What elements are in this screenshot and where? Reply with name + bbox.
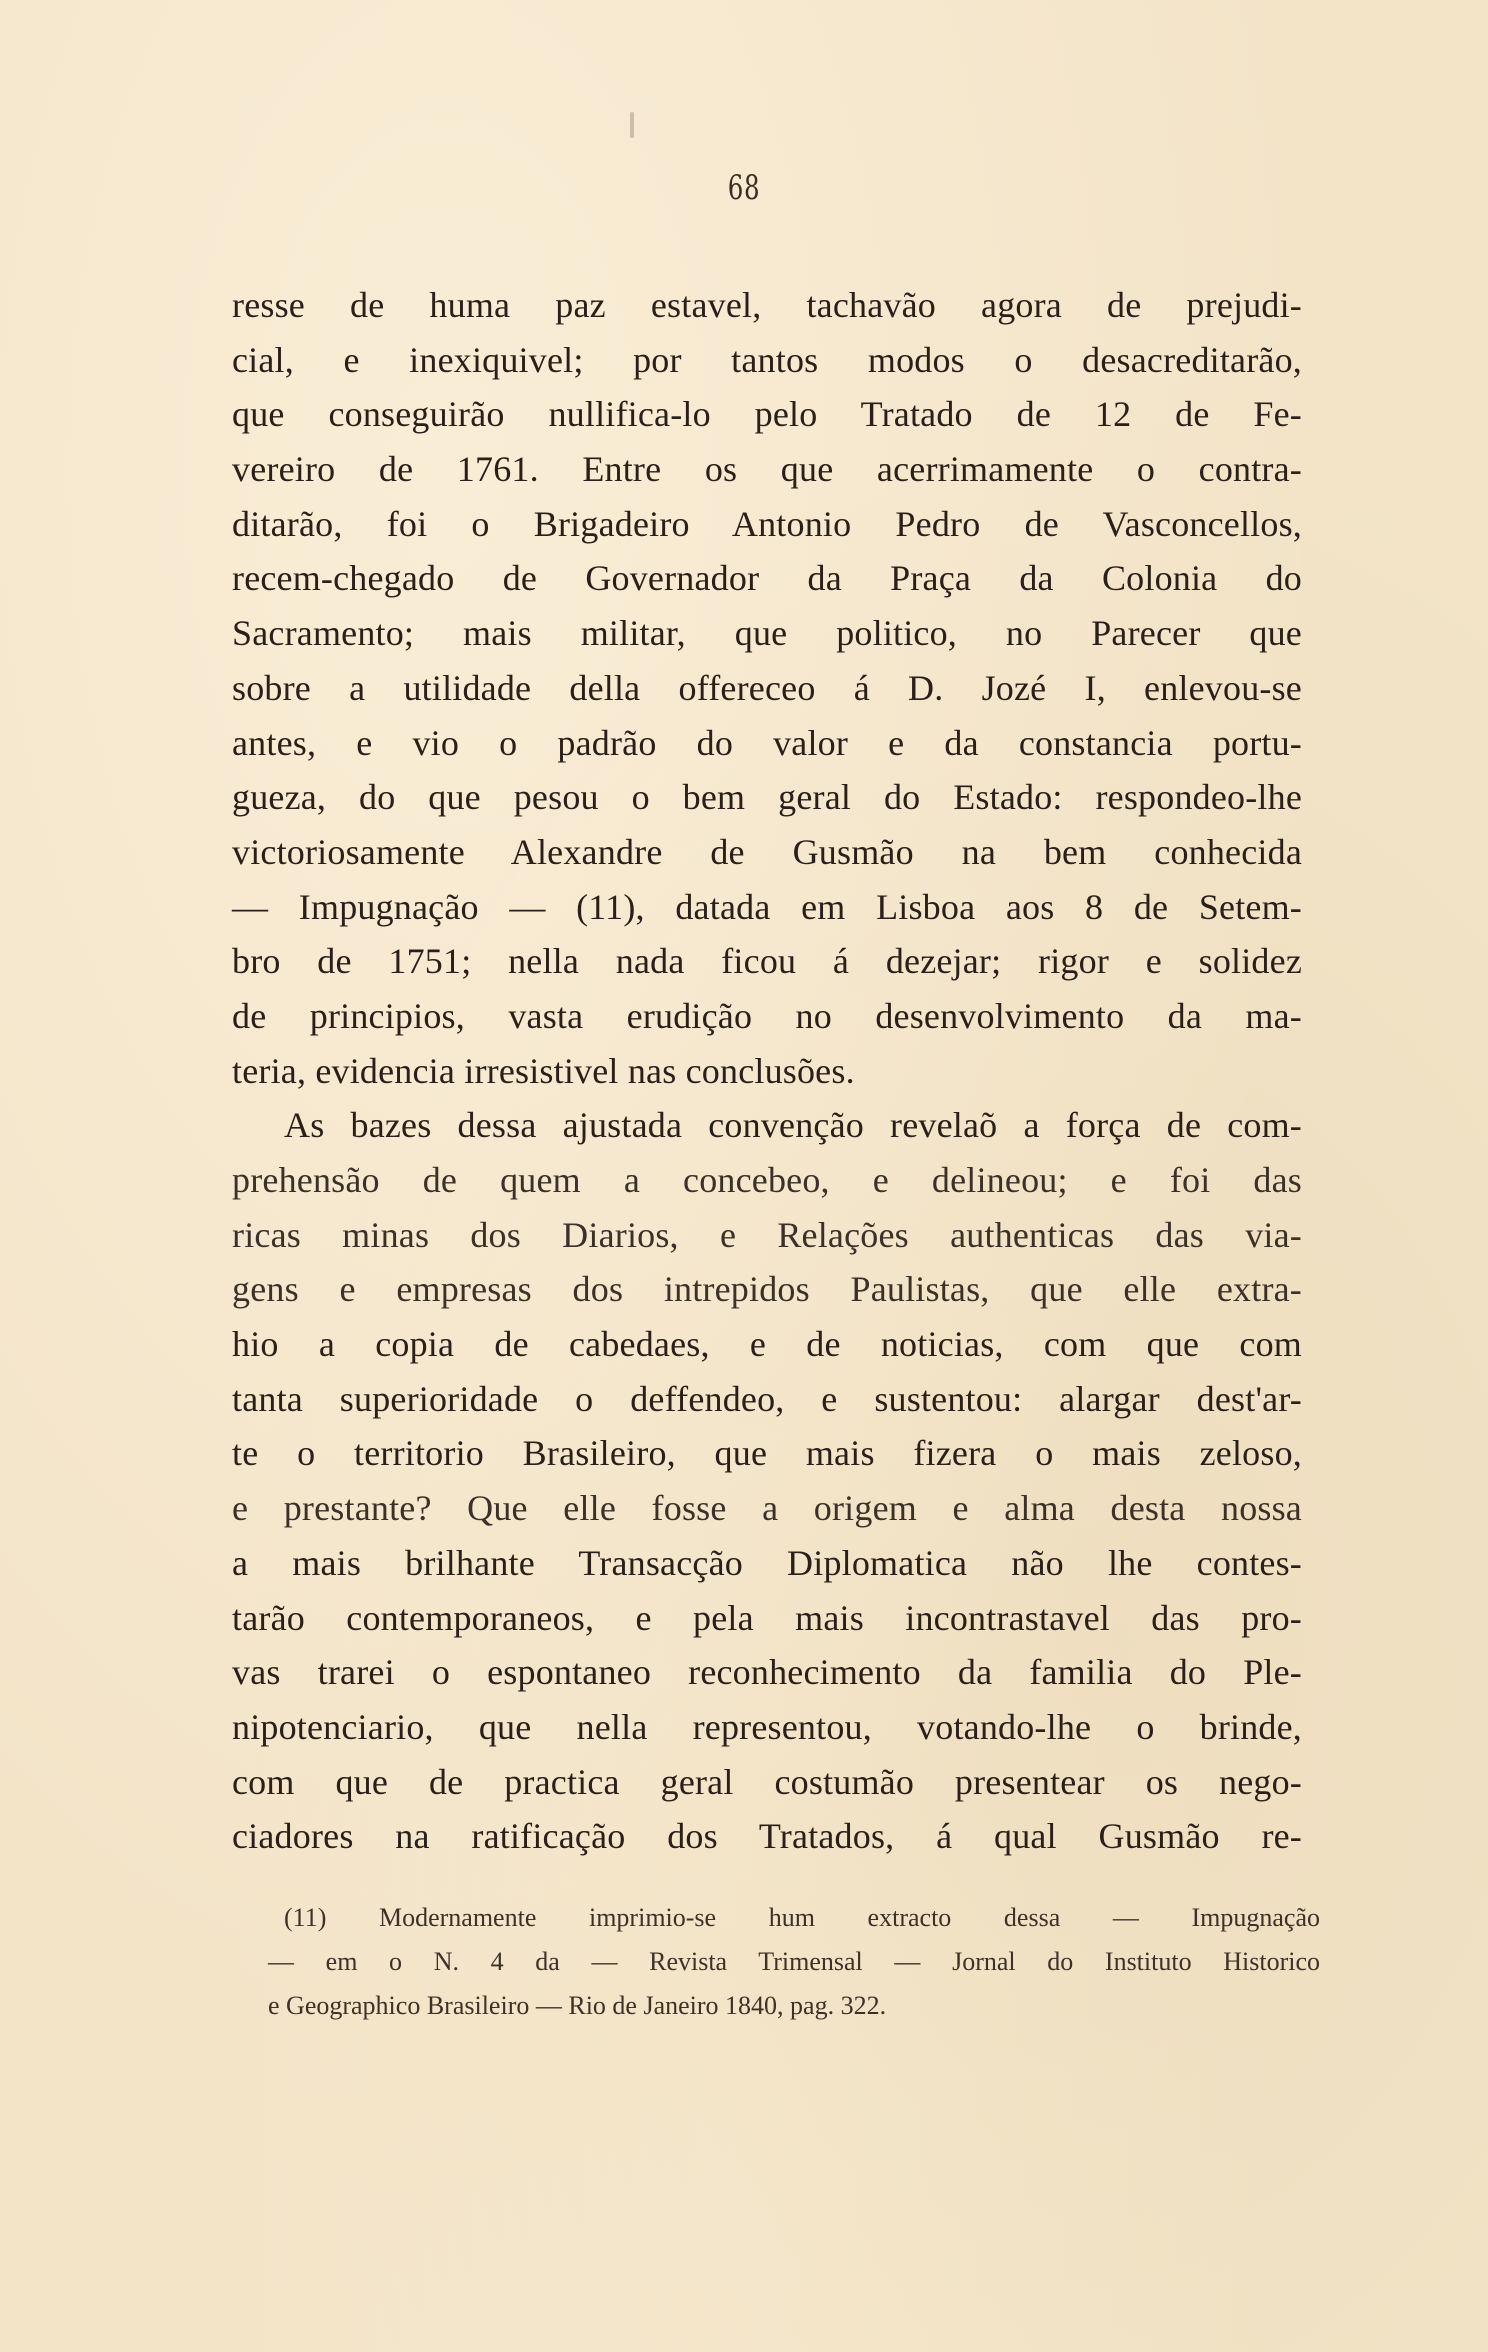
text-line: ciadores na ratificação dos Tratados, á …	[232, 1809, 1302, 1864]
text-line: cial, e inexiquivel; por tantos modos o …	[232, 333, 1302, 388]
text-line: recem-chegado de Governador da Praça da …	[232, 551, 1302, 606]
footnote-line: e Geographico Brasileiro — Rio de Janeir…	[268, 1984, 1188, 2028]
paragraph-start-line: As bazes dessa ajustada convenção revela…	[232, 1098, 1302, 1153]
text-line: — Impugnação — (11), datada em Lisboa ao…	[232, 880, 1302, 935]
ink-blemish	[630, 112, 634, 138]
body-text: resse de huma paz estavel, tachavão agor…	[232, 278, 1302, 1864]
text-line: resse de huma paz estavel, tachavão agor…	[232, 278, 1302, 333]
text-line: victoriosamente Alexandre de Gusmão na b…	[232, 825, 1302, 880]
text-line: a mais brilhante Transacção Diplomatica …	[232, 1536, 1302, 1591]
text-line: e prestante? Que elle fosse a origem e a…	[232, 1481, 1302, 1536]
text-line: com que de practica geral costumão prese…	[232, 1755, 1302, 1810]
text-line: hio a copia de cabedaes, e de noticias, …	[232, 1317, 1302, 1372]
page-number: 68	[208, 168, 1279, 208]
text-line: te o territorio Brasileiro, que mais fiz…	[232, 1426, 1302, 1481]
text-line: ditarão, foi o Brigadeiro Antonio Pedro …	[232, 497, 1302, 552]
text-line: sobre a utilidade della offereceo á D. J…	[232, 661, 1302, 716]
text-line: ricas minas dos Diarios, e Relações auth…	[232, 1208, 1302, 1263]
footnote-line: (11) Modernamente imprimio-se hum extrac…	[268, 1896, 1320, 1940]
text-line: vas trarei o espontaneo reconhecimento d…	[232, 1645, 1302, 1700]
text-line: que conseguirão nullifica-lo pelo Tratad…	[232, 387, 1302, 442]
footnotes: (11) Modernamente imprimio-se hum extrac…	[268, 1896, 1320, 2028]
text-line: nipotenciario, que nella representou, vo…	[232, 1700, 1302, 1755]
text-line: de principios, vasta erudição no desenvo…	[232, 989, 1302, 1044]
paragraph-end-line: teria, evidencia irresistivel nas conclu…	[232, 1044, 1302, 1099]
text-line: gens e empresas dos intrepidos Paulistas…	[232, 1262, 1302, 1317]
text-line: prehensão de quem a concebeo, e delineou…	[232, 1153, 1302, 1208]
text-line: bro de 1751; nella nada ficou á dezejar;…	[232, 934, 1302, 989]
text-line: antes, e vio o padrão do valor e da cons…	[232, 716, 1302, 771]
text-line: vereiro de 1761. Entre os que acerrimame…	[232, 442, 1302, 497]
book-page: 68 resse de huma paz estavel, tachavão a…	[0, 0, 1488, 2352]
text-line: gueza, do que pesou o bem geral do Estad…	[232, 770, 1302, 825]
text-line: tanta superioridade o deffendeo, e suste…	[232, 1372, 1302, 1427]
text-line: tarão contemporaneos, e pela mais incont…	[232, 1591, 1302, 1646]
text-line: Sacramento; mais militar, que politico, …	[232, 606, 1302, 661]
footnote-line: — em o N. 4 da — Revista Trimensal — Jor…	[268, 1940, 1320, 1984]
